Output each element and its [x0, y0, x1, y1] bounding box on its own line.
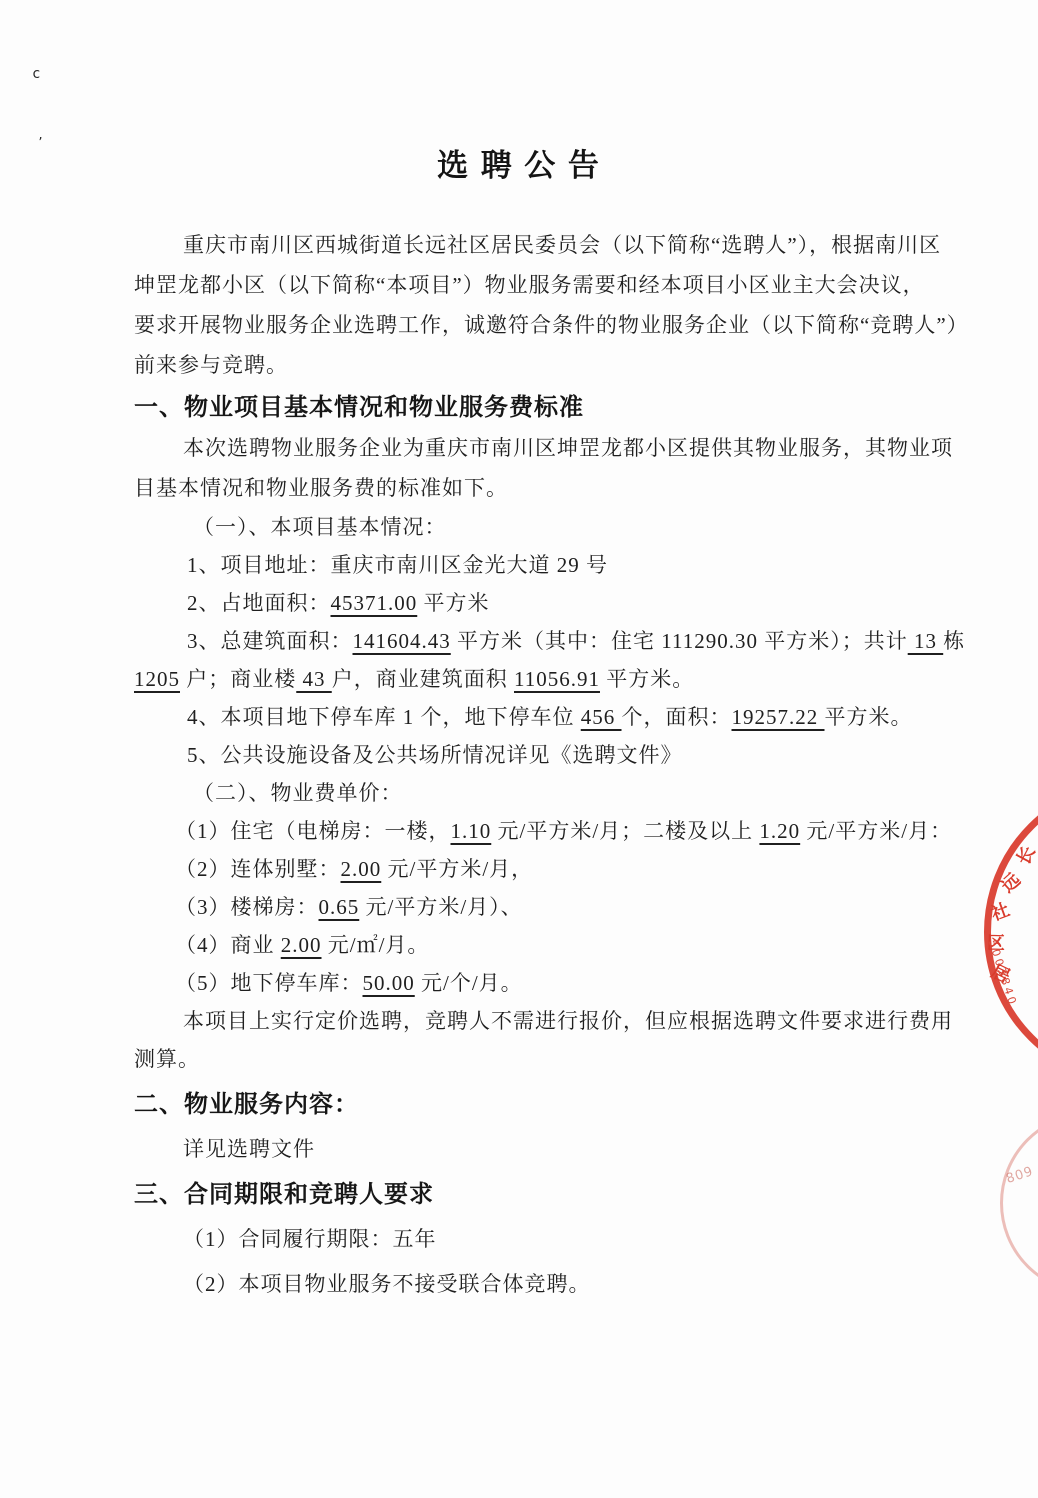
subsection2-heading: （二）、物业费单价： [134, 774, 912, 812]
section1-heading: 一、物业项目基本情况和物业服务费标准 [134, 388, 912, 428]
project-address-line: 1、项目地址：重庆市南川区金光大道 29 号 [134, 546, 912, 584]
underlined-value: 1.10 [451, 819, 492, 843]
price-villa-line: （2）连体别墅：2.00 元/平方米/月， [134, 850, 912, 888]
underlined-value: 43 [296, 667, 332, 691]
text-segment: （2）连体别墅： [175, 857, 341, 881]
text-segment: 个，面积： [622, 705, 732, 729]
underlined-value: 0.65 [319, 895, 360, 919]
text-segment: 元/平方米/月）、 [359, 895, 522, 919]
text-segment: 平方米。 [600, 667, 694, 691]
scanned-document-page: c ’ 选 聘 公 告 重庆市南川区西城街道长远社区居民委员会（以下简称“选聘人… [0, 0, 1038, 1498]
underlined-value: 456 [581, 705, 622, 729]
intro-line: 要求开展物业服务企业选聘工作，诚邀符合条件的物业服务企业（以下简称“竞聘人”） [134, 305, 912, 345]
intro-line: 坤罡龙都小区（以下简称“本项目”）物业服务需要和经本项目小区业主大会决议， [134, 265, 912, 305]
section1-intro-paragraph: 本次选聘物业服务企业为重庆市南川区坤罡龙都小区提供其物业服务，其物业项 目基本情… [134, 428, 912, 508]
text-segment: （1）住宅（电梯房：一楼， [175, 819, 451, 843]
parking-line: 4、本项目地下停车库 1 个，地下停车位 456 个，面积：19257.22 平… [134, 698, 912, 736]
text-segment: 元/平方米/月， [381, 857, 533, 881]
price-residential-line: （1）住宅（电梯房：一楼，1.10 元/平方米/月；二楼及以上 1.20 元/平… [134, 812, 912, 850]
text-segment: 3、总建筑面积： [187, 629, 353, 653]
text-segment: 栋 [943, 629, 965, 653]
text-segment: 元/㎡/月。 [322, 933, 430, 957]
text-segment: 元/个/月。 [415, 971, 523, 995]
paragraph-line: 本次选聘物业服务企业为重庆市南川区坤罡龙都小区提供其物业服务，其物业项 [134, 428, 912, 468]
consortium-line: （2）本项目物业服务不接受联合体竞聘。 [134, 1265, 912, 1303]
public-facilities-line: 5、公共设施设备及公共场所情况详见《选聘文件》 [134, 736, 912, 774]
price-commercial-line: （4）商业 2.00 元/㎡/月。 [134, 926, 912, 964]
underlined-value: 13 [908, 629, 944, 653]
contract-term-line: （1）合同履行期限：五年 [134, 1220, 912, 1258]
text-segment: 户；商业楼 [180, 667, 296, 691]
text-segment: 1、项目地址：重庆市南川区金光大道 29 号 [187, 553, 608, 577]
closing-line: 测算。 [134, 1040, 912, 1078]
building-area-line-2: 1205 户；商业楼 43 户，商业建筑面积 11056.91 平方米。 [134, 660, 912, 698]
text-segment: 元/平方米/月；二楼及以上 [491, 819, 759, 843]
underlined-value: 1.20 [759, 819, 800, 843]
scan-artifact-mark: c [32, 66, 40, 82]
underlined-value: 2.00 [281, 933, 322, 957]
text-segment: 4、本项目地下停车库 1 个，地下停车位 [187, 705, 581, 729]
building-area-line: 3、总建筑面积：141604.43 平方米（其中：住宅 111290.30 平方… [134, 622, 912, 660]
section3-heading: 三、合同期限和竞聘人要求 [134, 1175, 912, 1215]
underlined-value: 141604.43 [353, 629, 451, 653]
subsection1-heading: （一）、本项目基本情况： [134, 508, 912, 546]
text-segment: 平方米（其中：住宅 111290.30 平方米）；共计 [451, 629, 908, 653]
document-body: 重庆市南川区西城街道长远社区居民委员会（以下简称“选聘人”），根据南川区 坤罡龙… [0, 225, 1038, 1303]
intro-paragraph: 重庆市南川区西城街道长远社区居民委员会（以下简称“选聘人”），根据南川区 坤罡龙… [134, 225, 912, 385]
text-segment: 平方米。 [825, 705, 913, 729]
text-segment: 2、占地面积： [187, 591, 331, 615]
text-segment: 5、公共设施设备及公共场所情况详见《选聘文件》 [187, 743, 683, 767]
underlined-value: 45371.00 [331, 591, 418, 615]
section2-heading: 二、物业服务内容： [134, 1085, 912, 1125]
scan-artifact-dot: ’ [37, 135, 44, 148]
land-area-line: 2、占地面积：45371.00 平方米 [134, 584, 912, 622]
price-walkup-line: （3）楼梯房：0.65 元/平方米/月）、 [134, 888, 912, 926]
text-segment: （4）商业 [175, 933, 281, 957]
text-segment: 元/平方米/月： [800, 819, 952, 843]
paragraph-line: 目基本情况和物业服务费的标准如下。 [134, 468, 912, 508]
intro-line: 重庆市南川区西城街道长远社区居民委员会（以下简称“选聘人”），根据南川区 [134, 225, 912, 265]
text-segment: （3）楼梯房： [175, 895, 319, 919]
text-segment: 户，商业建筑面积 [332, 667, 514, 691]
underlined-value: 19257.22 [732, 705, 825, 729]
text-segment: 平方米 [417, 591, 489, 615]
underlined-value: 1205 [134, 667, 180, 691]
underlined-value: 11056.91 [514, 667, 600, 691]
intro-line: 前来参与竞聘。 [134, 345, 912, 385]
text-segment: （5）地下停车库： [175, 971, 363, 995]
section2-body: 详见选聘文件 [134, 1130, 912, 1168]
closing-line: 本项目上实行定价选聘，竞聘人不需进行报价，但应根据选聘文件要求进行费用 [134, 1002, 912, 1040]
price-parking-line: （5）地下停车库：50.00 元/个/月。 [134, 964, 912, 1002]
underlined-value: 50.00 [363, 971, 415, 995]
underlined-value: 2.00 [341, 857, 382, 881]
document-title: 选 聘 公 告 [0, 0, 1038, 186]
